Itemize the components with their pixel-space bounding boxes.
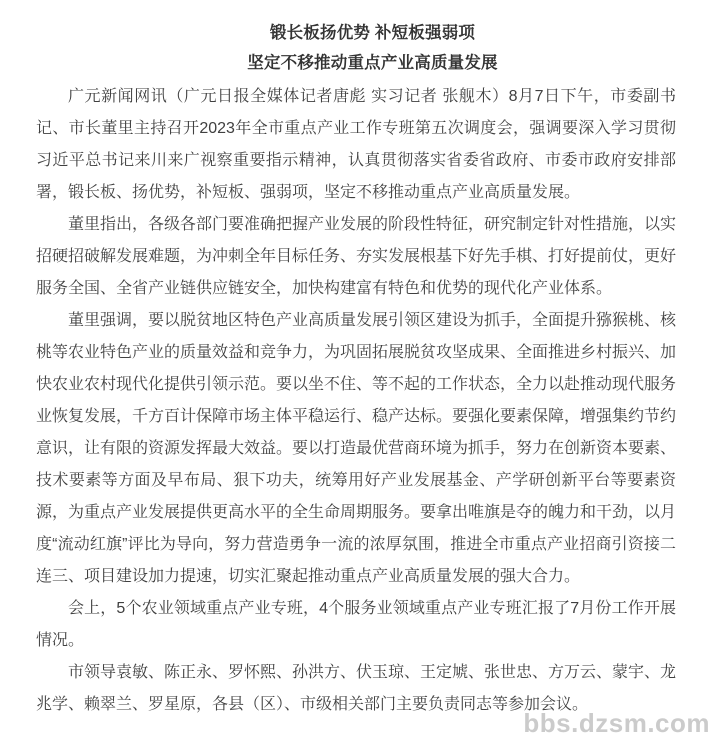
title-line-1: 锻长板扬优势 补短板强弱项	[36, 18, 676, 48]
article-title: 锻长板扬优势 补短板强弱项 坚定不移推动重点产业高质量发展	[36, 18, 676, 78]
watermark: bbs.dzsm.com	[523, 710, 710, 736]
article-page: 锻长板扬优势 补短板强弱项 坚定不移推动重点产业高质量发展 广元新闻网讯（广元日…	[0, 0, 711, 721]
title-line-2: 坚定不移推动重点产业高质量发展	[36, 48, 676, 78]
paragraph: 会上，5个农业领域重点产业专班，4个服务业领域重点产业专班汇报了7月份工作开展情…	[36, 593, 676, 657]
paragraph: 董里指出，各级各部门要准确把握产业发展的阶段性特征，研究制定针对性措施，以实招硬…	[36, 209, 676, 305]
article-body: 广元新闻网讯（广元日报全媒体记者唐彪 实习记者 张舰木）8月7日下午，市委副书记…	[36, 81, 676, 721]
paragraph: 董里强调，要以脱贫地区特色产业高质量发展引领区建设为抓手，全面提升猕猴桃、核桃等…	[36, 305, 676, 593]
paragraph: 广元新闻网讯（广元日报全媒体记者唐彪 实习记者 张舰木）8月7日下午，市委副书记…	[36, 81, 676, 209]
